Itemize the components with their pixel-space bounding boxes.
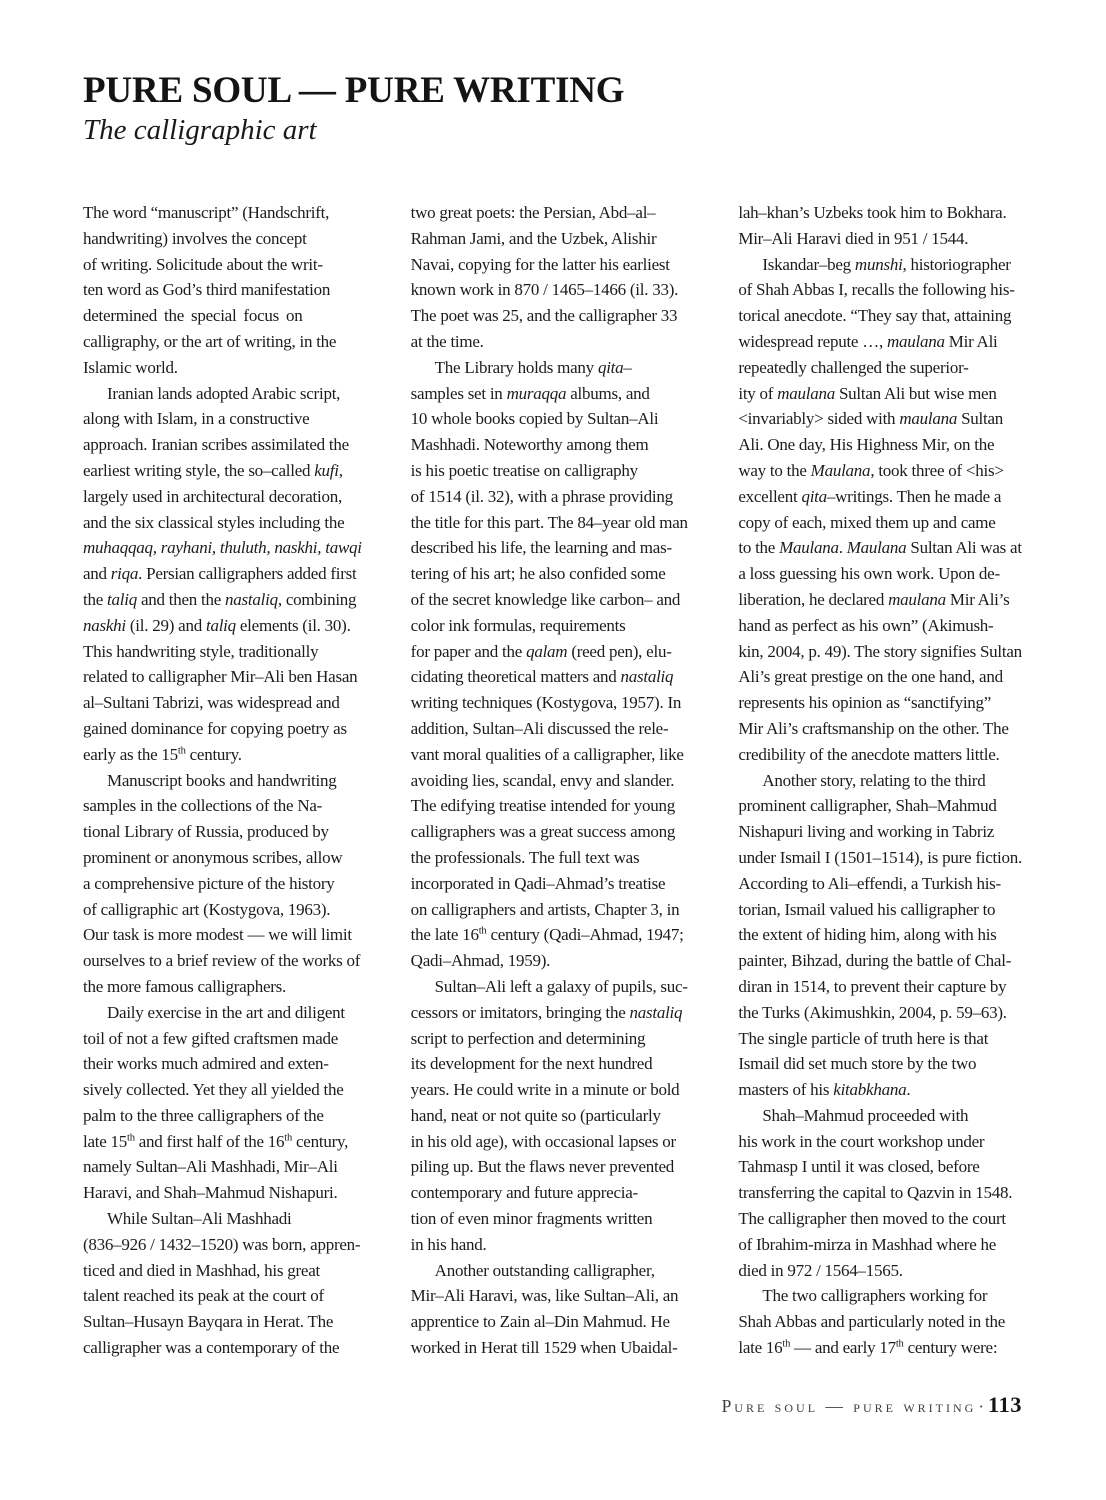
- text-line: worked in Herat till 1529 when Ubaidal-: [411, 1335, 695, 1361]
- text-line: the late 16th century (Qadi–Ahmad, 1947;: [411, 922, 695, 948]
- text-line: excellent qita–writings. Then he made a: [738, 484, 1022, 510]
- text-line: tional Library of Russia, produced by: [83, 819, 367, 845]
- text-line: sively collected. Yet they all yielded t…: [83, 1077, 367, 1103]
- page-number: 113: [988, 1392, 1022, 1417]
- running-title: Pure soul — pure writing: [722, 1396, 977, 1416]
- text-line: kin, 2004, p. 49). The story signifies S…: [738, 639, 1022, 665]
- text-line: largely used in architectural decoration…: [83, 484, 367, 510]
- text-line: the more famous calligraphers.: [83, 974, 367, 1000]
- page-title: PURE SOUL — PURE WRITING: [83, 70, 624, 113]
- text-line: Mashhadi. Noteworthy among them: [411, 432, 695, 458]
- text-line: the taliq and then the nastaliq, combini…: [83, 587, 367, 613]
- page-header: PURE SOUL — PURE WRITING The calligraphi…: [83, 70, 624, 146]
- text-line: The Library holds many qita–: [411, 355, 695, 381]
- text-line: of Shah Abbas I, recalls the following h…: [738, 277, 1022, 303]
- text-line: handwriting) involves the concept: [83, 226, 367, 252]
- text-column-2: two great poets: the Persian, Abd–al–Rah…: [411, 200, 695, 1361]
- text-line: at the time.: [411, 329, 695, 355]
- text-line: avoiding lies, scandal, envy and slander…: [411, 768, 695, 794]
- text-line: calligraphers was a great success among: [411, 819, 695, 845]
- text-line: 10 whole books copied by Sultan–Ali: [411, 406, 695, 432]
- text-line: ten word as God’s third manifestation: [83, 277, 367, 303]
- text-line: Iskandar–beg munshi, historiographer: [738, 252, 1022, 278]
- text-line: copy of each, mixed them up and came: [738, 510, 1022, 536]
- text-line: naskhi (il. 29) and taliq elements (il. …: [83, 613, 367, 639]
- text-line: Manuscript books and handwriting: [83, 768, 367, 794]
- text-line: his work in the court workshop under: [738, 1129, 1022, 1155]
- text-line: its development for the next hundred: [411, 1051, 695, 1077]
- text-line: along with Islam, in a constructive: [83, 406, 367, 432]
- text-line: Ismail did set much store by the two: [738, 1051, 1022, 1077]
- text-line: Islamic world.: [83, 355, 367, 381]
- text-line: determined the special focus on: [83, 303, 367, 329]
- text-line: their works much admired and exten-: [83, 1051, 367, 1077]
- text-line: calligraphy, or the art of writing, in t…: [83, 329, 367, 355]
- text-line: represents his opinion as “sanctifying”: [738, 690, 1022, 716]
- text-line: hand, neat or not quite so (particularly: [411, 1103, 695, 1129]
- text-line: Ali’s great prestige on the one hand, an…: [738, 664, 1022, 690]
- text-line: palm to the three calligraphers of the: [83, 1103, 367, 1129]
- text-line: samples in the collections of the Na-: [83, 793, 367, 819]
- book-page: PURE SOUL — PURE WRITING The calligraphi…: [0, 0, 1106, 1500]
- text-line: prominent calligrapher, Shah–Mahmud: [738, 793, 1022, 819]
- text-line: a comprehensive picture of the history: [83, 871, 367, 897]
- text-line: in his old age), with occasional lapses …: [411, 1129, 695, 1155]
- text-line: tering of his art; he also confided some: [411, 561, 695, 587]
- text-column-3: lah–khan’s Uzbeks took him to Bokhara.Mi…: [738, 200, 1022, 1361]
- text-line: piling up. But the flaws never prevented: [411, 1154, 695, 1180]
- text-line: <invariably> sided with maulana Sultan: [738, 406, 1022, 432]
- text-line: Navai, copying for the latter his earlie…: [411, 252, 695, 278]
- text-line: Mir Ali’s craftsmanship on the other. Th…: [738, 716, 1022, 742]
- text-line: painter, Bihzad, during the battle of Ch…: [738, 948, 1022, 974]
- text-line: in his hand.: [411, 1232, 695, 1258]
- text-line: Mir–Ali Haravi, was, like Sultan–Ali, an: [411, 1283, 695, 1309]
- text-line: related to calligrapher Mir–Ali ben Hasa…: [83, 664, 367, 690]
- text-line: years. He could write in a minute or bol…: [411, 1077, 695, 1103]
- text-line: namely Sultan–Ali Mashhadi, Mir–Ali: [83, 1154, 367, 1180]
- text-line: the professionals. The full text was: [411, 845, 695, 871]
- text-line: hand as perfect as his own” (Akimush-: [738, 613, 1022, 639]
- text-line: late 15th and first half of the 16th cen…: [83, 1129, 367, 1155]
- text-line: ity of maulana Sultan Ali but wise men: [738, 381, 1022, 407]
- text-line: early as the 15th century.: [83, 742, 367, 768]
- text-line: samples set in muraqqa albums, and: [411, 381, 695, 407]
- text-line: liberation, he declared maulana Mir Ali’…: [738, 587, 1022, 613]
- text-line: Mir–Ali Haravi died in 951 / 1544.: [738, 226, 1022, 252]
- text-line: vant moral qualities of a calligrapher, …: [411, 742, 695, 768]
- text-line: of writing. Solicitude about the writ-: [83, 252, 367, 278]
- text-line: addition, Sultan–Ali discussed the rele-: [411, 716, 695, 742]
- text-line: Tahmasp I until it was closed, before: [738, 1154, 1022, 1180]
- footer-separator: ·: [976, 1397, 988, 1416]
- text-line: way to the Maulana, took three of <his>: [738, 458, 1022, 484]
- text-line: transferring the capital to Qazvin in 15…: [738, 1180, 1022, 1206]
- text-line: of Ibrahim-mirza in Mashhad where he: [738, 1232, 1022, 1258]
- text-line: torian, Ismail valued his calligrapher t…: [738, 897, 1022, 923]
- text-line: The single particle of truth here is tha…: [738, 1026, 1022, 1052]
- text-line: two great poets: the Persian, Abd–al–: [411, 200, 695, 226]
- text-line: The two calligraphers working for: [738, 1283, 1022, 1309]
- text-line: Rahman Jami, and the Uzbek, Alishir: [411, 226, 695, 252]
- text-line: Haravi, and Shah–Mahmud Nishapuri.: [83, 1180, 367, 1206]
- text-line: tion of even minor fragments written: [411, 1206, 695, 1232]
- text-line: toil of not a few gifted craftsmen made: [83, 1026, 367, 1052]
- text-line: the extent of hiding him, along with his: [738, 922, 1022, 948]
- text-line: Another outstanding calligrapher,: [411, 1258, 695, 1284]
- text-line: Qadi–Ahmad, 1959).: [411, 948, 695, 974]
- text-line: writing techniques (Kostygova, 1957). In: [411, 690, 695, 716]
- text-line: Nishapuri living and working in Tabriz: [738, 819, 1022, 845]
- text-line: earliest writing style, the so–called ku…: [83, 458, 367, 484]
- text-line: of the secret knowledge like carbon– and: [411, 587, 695, 613]
- page-footer: Pure soul — pure writing·113: [722, 1392, 1022, 1418]
- text-line: contemporary and future apprecia-: [411, 1180, 695, 1206]
- text-line: incorporated in Qadi–Ahmad’s treatise: [411, 871, 695, 897]
- text-line: of 1514 (il. 32), with a phrase providin…: [411, 484, 695, 510]
- text-line: This handwriting style, traditionally: [83, 639, 367, 665]
- text-line: script to perfection and determining: [411, 1026, 695, 1052]
- text-line: under Ismail I (1501–1514), is pure fict…: [738, 845, 1022, 871]
- text-line: Another story, relating to the third: [738, 768, 1022, 794]
- text-line: ourselves to a brief review of the works…: [83, 948, 367, 974]
- text-line: The edifying treatise intended for young: [411, 793, 695, 819]
- text-line: for paper and the qalam (reed pen), elu-: [411, 639, 695, 665]
- text-line: the title for this part. The 84–year old…: [411, 510, 695, 536]
- text-line: (836–926 / 1432–1520) was born, appren-: [83, 1232, 367, 1258]
- text-line: late 16th — and early 17th century were:: [738, 1335, 1022, 1361]
- text-line: Our task is more modest — we will limit: [83, 922, 367, 948]
- text-line: Daily exercise in the art and diligent: [83, 1000, 367, 1026]
- text-line: Sultan–Ali left a galaxy of pupils, suc-: [411, 974, 695, 1000]
- text-line: approach. Iranian scribes assimilated th…: [83, 432, 367, 458]
- text-line: to the Maulana. Maulana Sultan Ali was a…: [738, 535, 1022, 561]
- text-line: While Sultan–Ali Mashhadi: [83, 1206, 367, 1232]
- text-line: The word “manuscript” (Handschrift,: [83, 200, 367, 226]
- text-line: is his poetic treatise on calligraphy: [411, 458, 695, 484]
- text-line: calligrapher was a contemporary of the: [83, 1335, 367, 1361]
- text-line: cessors or imitators, bringing the nasta…: [411, 1000, 695, 1026]
- text-line: prominent or anonymous scribes, allow: [83, 845, 367, 871]
- text-line: widespread repute …, maulana Mir Ali: [738, 329, 1022, 355]
- text-line: muhaqqaq, rayhani, thuluth, naskhi, tawq…: [83, 535, 367, 561]
- text-line: diran in 1514, to prevent their capture …: [738, 974, 1022, 1000]
- text-line: torical anecdote. “They say that, attain…: [738, 303, 1022, 329]
- text-line: According to Ali–effendi, a Turkish his-: [738, 871, 1022, 897]
- text-line: The calligrapher then moved to the court: [738, 1206, 1022, 1232]
- text-line: talent reached its peak at the court of: [83, 1283, 367, 1309]
- text-line: Shah–Mahmud proceeded with: [738, 1103, 1022, 1129]
- text-line: cidating theoretical matters and nastali…: [411, 664, 695, 690]
- text-line: The poet was 25, and the calligrapher 33: [411, 303, 695, 329]
- text-line: lah–khan’s Uzbeks took him to Bokhara.: [738, 200, 1022, 226]
- text-line: and the six classical styles including t…: [83, 510, 367, 536]
- text-line: on calligraphers and artists, Chapter 3,…: [411, 897, 695, 923]
- text-line: al–Sultani Tabrizi, was widespread and: [83, 690, 367, 716]
- text-line: known work in 870 / 1465–1466 (il. 33).: [411, 277, 695, 303]
- page-subtitle: The calligraphic art: [83, 115, 624, 147]
- text-line: a loss guessing his own work. Upon de-: [738, 561, 1022, 587]
- text-line: Sultan–Husayn Bayqara in Herat. The: [83, 1309, 367, 1335]
- text-line: repeatedly challenged the superior-: [738, 355, 1022, 381]
- text-column-1: The word “manuscript” (Handschrift,handw…: [83, 200, 367, 1361]
- text-line: of calligraphic art (Kostygova, 1963).: [83, 897, 367, 923]
- text-line: credibility of the anecdote matters litt…: [738, 742, 1022, 768]
- text-line: the Turks (Akimushkin, 2004, p. 59–63).: [738, 1000, 1022, 1026]
- text-line: masters of his kitabkhana.: [738, 1077, 1022, 1103]
- text-line: and riqa. Persian calligraphers added fi…: [83, 561, 367, 587]
- text-line: apprentice to Zain al–Din Mahmud. He: [411, 1309, 695, 1335]
- text-line: color ink formulas, requirements: [411, 613, 695, 639]
- text-line: ticed and died in Mashhad, his great: [83, 1258, 367, 1284]
- text-line: described his life, the learning and mas…: [411, 535, 695, 561]
- text-line: died in 972 / 1564–1565.: [738, 1258, 1022, 1284]
- text-line: Shah Abbas and particularly noted in the: [738, 1309, 1022, 1335]
- text-line: Ali. One day, His Highness Mir, on the: [738, 432, 1022, 458]
- text-line: gained dominance for copying poetry as: [83, 716, 367, 742]
- text-line: Iranian lands adopted Arabic script,: [83, 381, 367, 407]
- article-body: The word “manuscript” (Handschrift,handw…: [83, 200, 1022, 1361]
